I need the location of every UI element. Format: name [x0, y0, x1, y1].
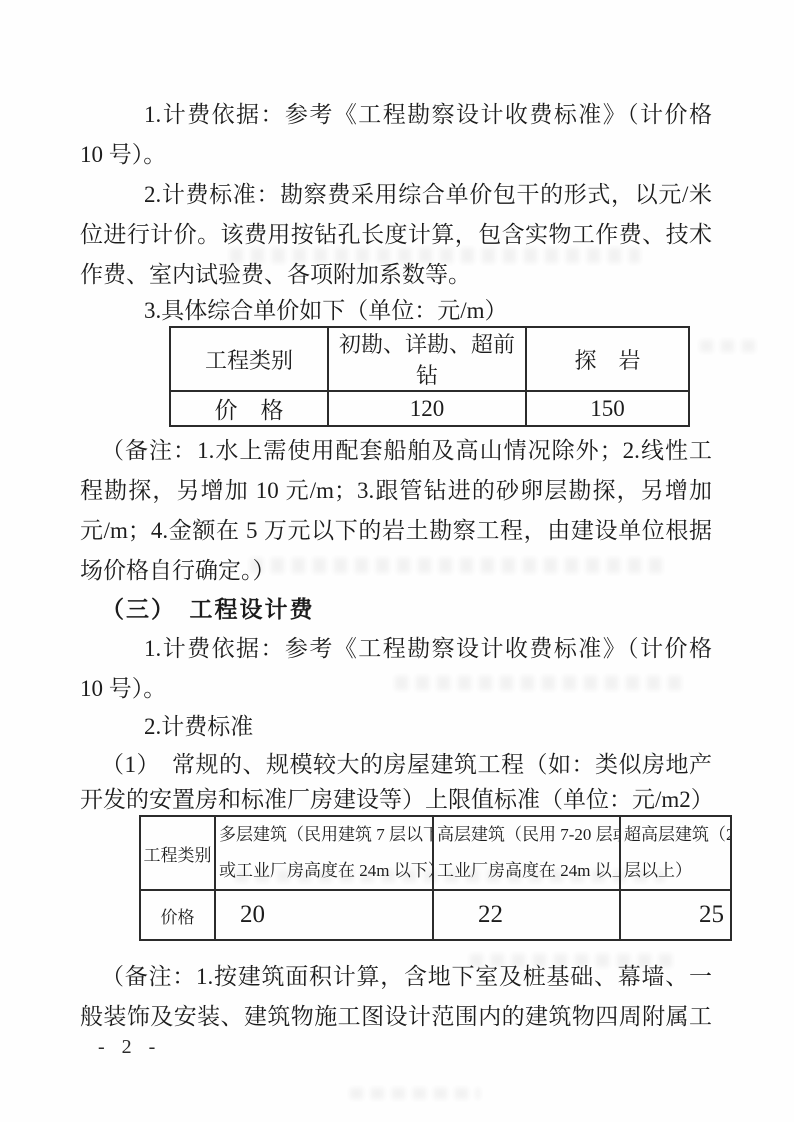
design-fee-table: 工程类别 多层建筑（民用建筑 7 层以下 或工业厂房高度在 24m 以下） 高层…	[139, 815, 732, 941]
fee-standard-line-1: 2.计费标准：勘察费采用综合单价包干的形式，以元/米为单	[80, 175, 712, 215]
table2-header-multistorey: 多层建筑（民用建筑 7 层以下 或工业厂房高度在 24m 以下）	[215, 816, 433, 890]
design-basis-line-1: 1.计费依据：参考《工程勘察设计收费标准》（计价格〔2002〕	[80, 629, 712, 669]
table2-price-superhighrise: 25	[620, 890, 731, 940]
unit-price-caption: 3.具体综合单价如下（单位：元/m）	[80, 295, 712, 326]
table1-price-label: 价 格	[170, 391, 328, 426]
table2-header-multistorey-line2: 或工业厂房高度在 24m 以下）	[216, 853, 432, 889]
survey-note-line-3: 元/m；4.金额在 5 万元以下的岩土勘察工程，由建设单位根据市	[80, 511, 712, 551]
survey-note-line-1: （备注：1.水上需使用配套船舶及高山情况除外；2.线性工	[80, 431, 712, 471]
document-page: 1.计费依据：参考《工程勘察设计收费标准》（计价格〔2002〕 10 号）。 2…	[0, 0, 794, 1122]
table2-header-category: 工程类别	[140, 816, 215, 890]
table2-price-multistorey: 20	[215, 890, 433, 940]
table1-price-drilling: 120	[328, 391, 526, 426]
fee-standard-line-2: 位进行计价。该费用按钻孔长度计算，包含实物工作费、技术工	[80, 215, 712, 255]
fee-basis-line-2: 10 号）。	[80, 135, 712, 175]
table2-header-multistorey-line1: 多层建筑（民用建筑 7 层以下	[216, 817, 432, 853]
survey-note-line-4: 场价格自行确定。）	[80, 551, 712, 591]
table-row: 工程类别 初勘、详勘、超前钻 探 岩	[170, 327, 689, 391]
table2-header-superhighrise-line2: 层以上）	[621, 853, 730, 889]
document-body: 1.计费依据：参考《工程勘察设计收费标准》（计价格〔2002〕 10 号）。 2…	[80, 95, 712, 1037]
scan-artifact	[350, 1088, 480, 1099]
survey-note-line-2: 程勘探，另增加 10 元/m；3.跟管钻进的砂卵层勘探，另增加 10	[80, 471, 712, 511]
table2-price-label: 价格	[140, 890, 215, 940]
design-note-line-2: 般装饰及安装、建筑物施工图设计范围内的建筑物四周附属工程	[80, 997, 712, 1037]
design-note-line-1: （备注：1.按建筑面积计算，含地下室及桩基础、幕墙、一	[80, 957, 712, 997]
table1-price-rock: 150	[526, 391, 689, 426]
survey-unit-price-table: 工程类别 初勘、详勘、超前钻 探 岩 价 格 120 150	[169, 326, 690, 427]
table2-header-highrise: 高层建筑（民用 7-20 层或 工业厂房高度在 24m 以上）	[433, 816, 620, 890]
table2-header-highrise-line2: 工业厂房高度在 24m 以上）	[434, 853, 619, 889]
fee-basis-line-1: 1.计费依据：参考《工程勘察设计收费标准》（计价格〔2002〕	[80, 95, 712, 135]
table1-header-rock: 探 岩	[526, 327, 689, 391]
fee-standard-line-3: 作费、室内试验费、各项附加系数等。	[80, 255, 712, 295]
table2-header-superhighrise: 超高层建筑（20 层以上）	[620, 816, 731, 890]
design-standard-label: 2.计费标准	[80, 709, 712, 745]
design-scope-line-1: （1） 常规的、规模较大的房屋建筑工程（如：类似房地产	[80, 745, 712, 785]
table2-header-highrise-line1: 高层建筑（民用 7-20 层或	[434, 817, 619, 853]
table-row: 价 格 120 150	[170, 391, 689, 426]
table-row: 价格 20 22 25	[140, 890, 731, 940]
table2-header-superhighrise-line1: 超高层建筑（20	[621, 817, 730, 853]
design-scope-line-2: 开发的安置房和标准厂房建设等）上限值标准（单位：元/m2）	[80, 785, 712, 815]
page-number: - 2 -	[98, 1036, 161, 1059]
table-row: 工程类别 多层建筑（民用建筑 7 层以下 或工业厂房高度在 24m 以下） 高层…	[140, 816, 731, 890]
table1-header-drilling: 初勘、详勘、超前钻	[328, 327, 526, 391]
table2-price-highrise: 22	[433, 890, 620, 940]
design-fee-heading: （三） 工程设计费	[80, 591, 712, 629]
design-basis-line-2: 10 号）。	[80, 669, 712, 709]
table1-header-category: 工程类别	[170, 327, 328, 391]
